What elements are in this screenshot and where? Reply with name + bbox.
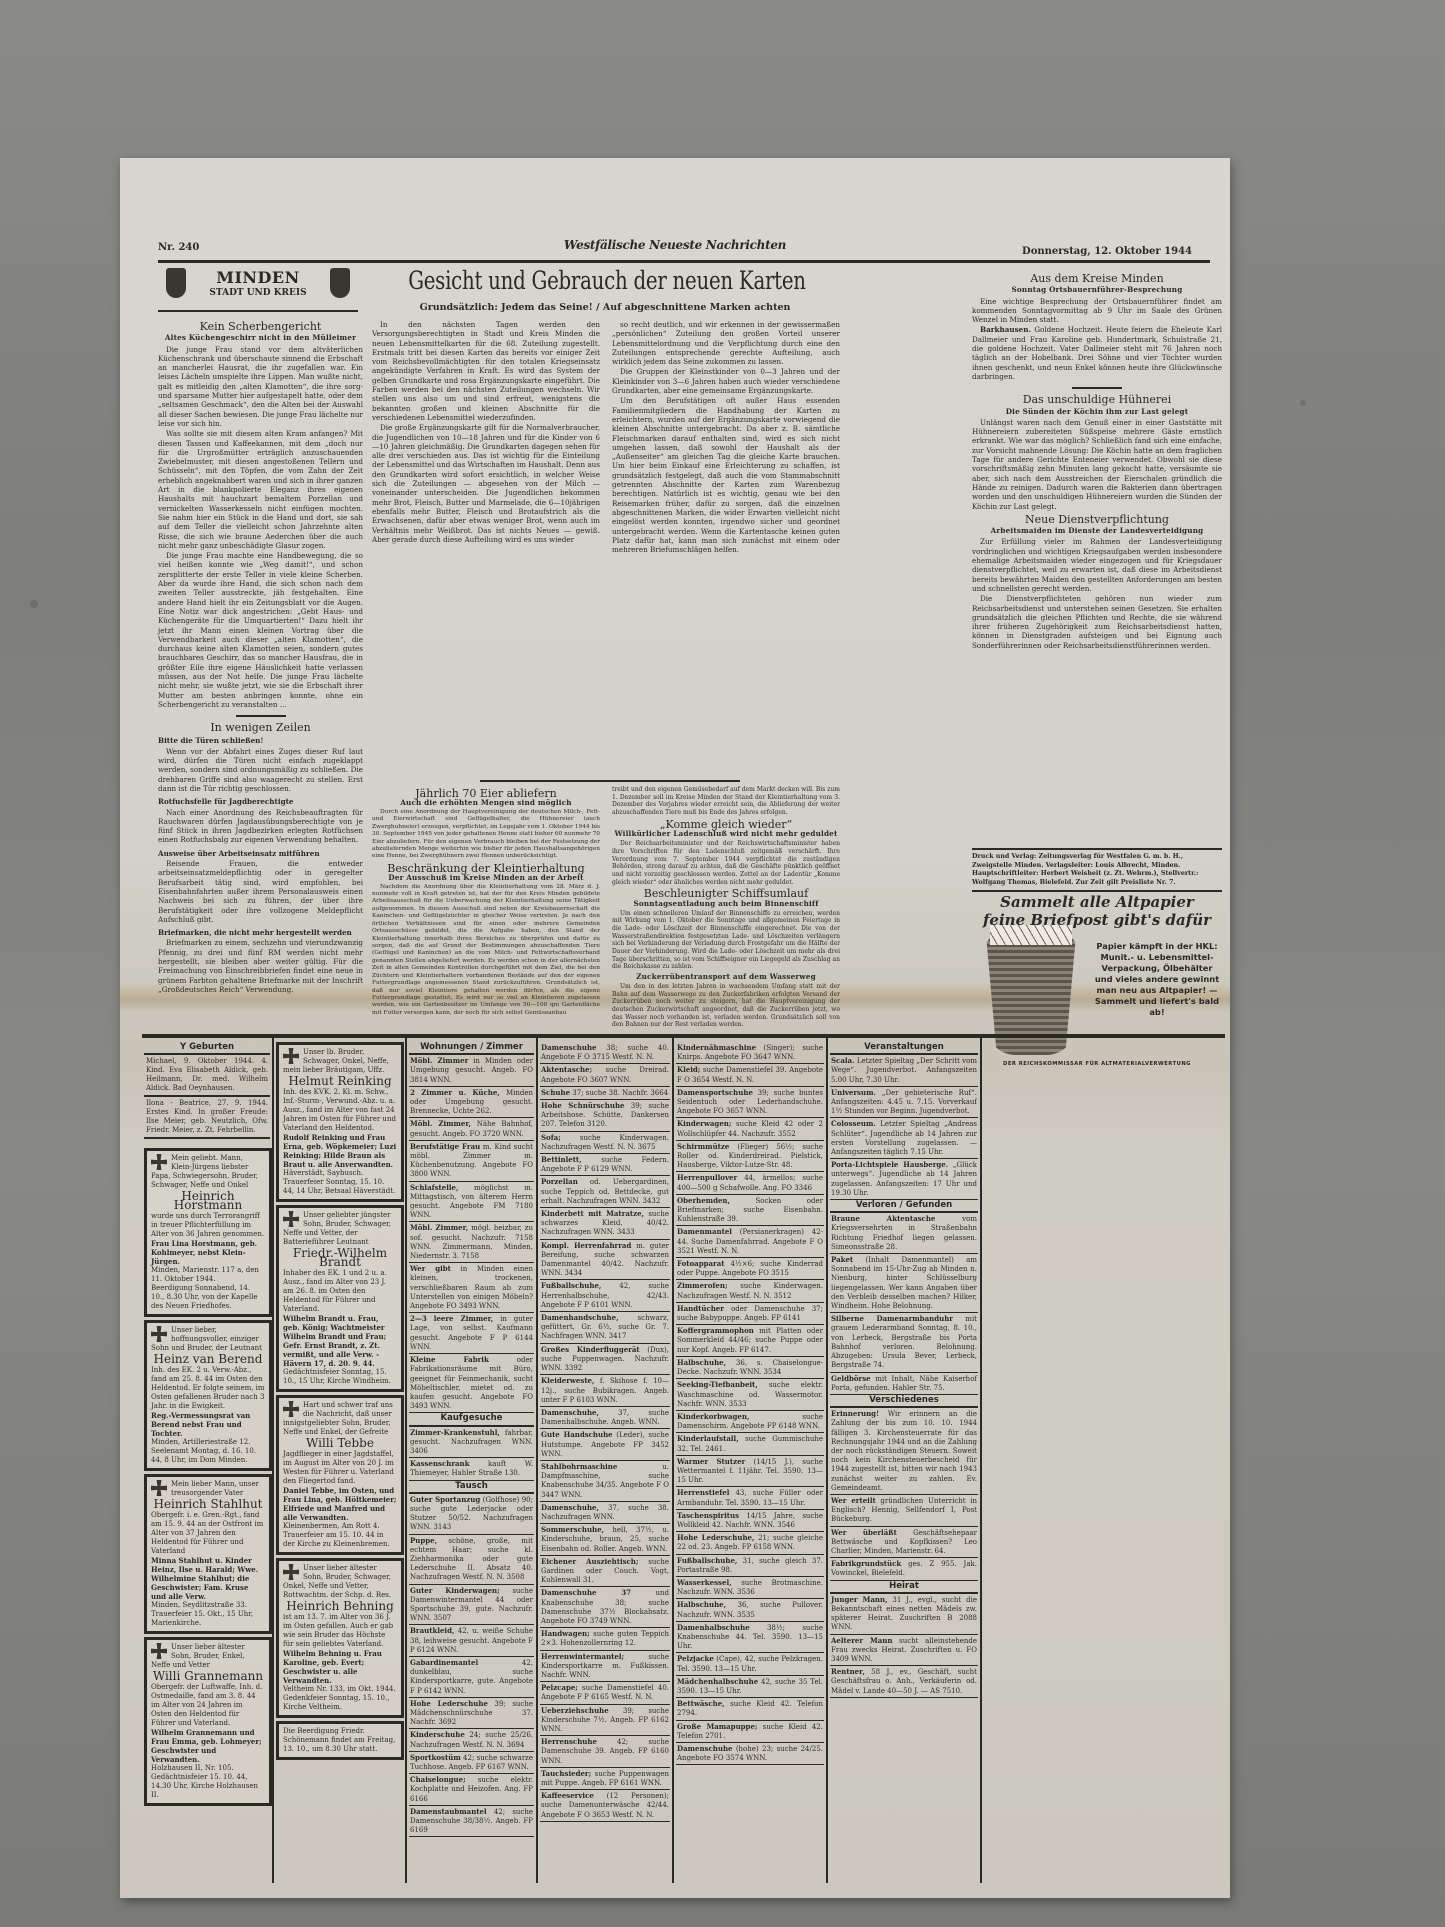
classified-ad: Gabardinemantel 42, dunkelblau, suche Ki… — [409, 1657, 534, 1698]
news-kicker: Sonntag Ortsbauernführer-Besprechung — [972, 285, 1222, 294]
issue-date: Donnerstag, 12. Oktober 1944 — [1022, 246, 1192, 257]
classified-ad: Sofa; suche Kinderwagen. Nachzufragen We… — [540, 1132, 670, 1154]
imprint: Druck und Verlag: Zeitungsverlag für Wes… — [972, 848, 1222, 892]
ad-lead: Damenschuhe 37 — [541, 1588, 631, 1597]
ad-lead: Ueberziehschuhe — [541, 1706, 609, 1715]
district-column: Aus dem Kreise Minden Sonntag Ortsbauern… — [972, 270, 1222, 651]
classified-ad: Brautkleid, 42, u. weiße Schuhe 38, leih… — [409, 1625, 534, 1657]
classified-ad: Damenstaubmantel 42; suche Damenschuhe 3… — [409, 1806, 534, 1838]
obituary-family: Minna Stahlhut u. Kinder Heinz, Ilse u. … — [151, 1556, 265, 1601]
classified-ad: Damenschuhe 38; suche 40. Angebote F O 3… — [540, 1042, 670, 1064]
classified-ad: Herrenpullover 44, ärmellos; suche 400—5… — [676, 1172, 824, 1194]
ad-lead: Herrenpullover — [677, 1173, 737, 1182]
column-rule — [672, 1038, 674, 1883]
column-rule — [980, 1038, 982, 1883]
classified-ad: Damenhalbschuhe 38½; suche Knabenschuhe … — [676, 1622, 824, 1654]
classified-ad: Aelterer Mann sucht alleinstehende Frau … — [830, 1635, 978, 1667]
ad-lead: Damenschuhe, — [541, 1408, 599, 1417]
ad-lead: Herrenschuhe — [541, 1737, 597, 1746]
obituary: Mein lieber Mann, unser treusorgender Va… — [144, 1474, 272, 1634]
article-paragraph: Zur Erfüllung vieler im Rahmen der Lande… — [972, 537, 1222, 593]
article-subhead: Die Sünden der Köchin ihm zur Last geleg… — [972, 407, 1222, 416]
lead-article-col2: so recht deutlich, und wir erkennen in d… — [612, 320, 840, 555]
article-headline: Das unschuldige Hühnerei — [972, 395, 1222, 404]
obituary-intro: Unser lb. Bruder, Schwager, Onkel, Neffe… — [283, 1048, 397, 1075]
obituary-text: ist am 13. 7. im Alter von 36 J. im Oste… — [283, 1613, 397, 1649]
news-text: Eine wichtige Besprechung der Ortsbauern… — [972, 297, 1222, 325]
classified-ad: Zimmerofen; suche Kinderwagen. Nachzufra… — [676, 1280, 824, 1302]
ad-lead: Damensportschuhe — [677, 1088, 753, 1097]
obituary-intro: Unser lieber ältester Sohn, Bruder, Enke… — [151, 1643, 265, 1670]
classified-ad: Damenschuhe, 37, suche Damenhalbschuhe. … — [540, 1407, 670, 1429]
article-headline: Aus dem Kreise Minden — [972, 274, 1222, 283]
eggs-livestock-column: Jährlich 70 Eier abliefern Auch die erhö… — [372, 786, 600, 1018]
classified-ad: Herrenstiefel 43, suche Füller oder Armb… — [676, 1487, 824, 1509]
obituary-family: Daniel Tebbe, im Osten, und Frau Lina, g… — [283, 1486, 397, 1522]
classified-ad: Kleid; suche Damenstiefel 39. Angebote F… — [676, 1064, 824, 1086]
news-text: Briefmarken zu einem, sechzehn und vieru… — [158, 938, 363, 994]
section-header: Verloren / Gefunden — [830, 1200, 978, 1213]
ad-lead: Damenhalbschuhe — [677, 1623, 750, 1632]
ad-lead: Fotoapparat — [677, 1259, 724, 1268]
ad-lead: Großes Kinderfluggerät — [541, 1345, 640, 1354]
classified-ad: Porta-Lichtspiele Hausberge. „Glück unte… — [830, 1159, 978, 1200]
classified-ad: Kinderwagen; suche Kleid 42 oder 2 Wolls… — [676, 1118, 824, 1140]
ad-lead: Porzellan — [541, 1177, 578, 1186]
ad-lead: Kleid; — [677, 1065, 700, 1074]
article-paragraph: so recht deutlich, und wir erkennen in d… — [612, 320, 840, 366]
ad-lead: Porta-Lichtspiele Hausberge. — [831, 1160, 948, 1169]
obituary-place: Häverstädt, Saybusch. — [283, 1169, 397, 1178]
classified-ad: Damenschuhe 37 und Knabenschuhe 38; such… — [540, 1587, 670, 1628]
classified-ad: Sommerschuhe, hell, 37½, u. Kinderschuhe… — [540, 1524, 670, 1556]
obituary-name: Friedr.-Wilhelm Brandt — [283, 1249, 397, 1267]
coat-of-arms-icon — [330, 268, 350, 298]
obituary-place: Minden, Marienstr. 117 a, den 11. Oktobe… — [151, 1266, 265, 1284]
obituary-name: Willi Grannemann — [151, 1672, 265, 1681]
obituary-ceremony: Trauerfeier Sonntag, 15. 10. 44, 14 Uhr,… — [283, 1178, 397, 1196]
obituary-text: Inh. des EK. 2 u. Verw.-Abz., fand am 25… — [151, 1366, 265, 1411]
ad-lead: Tauchsieder; — [541, 1769, 591, 1778]
ad-lead: Erinnerung! — [831, 1409, 879, 1418]
classified-ad: Schuhe 37; suche 38. Nachfr. 3664 — [540, 1087, 670, 1100]
ad-lead: Damenschuhe — [677, 1744, 732, 1753]
obituary: Unser geliebter jüngster Sohn, Bruder, S… — [276, 1205, 404, 1392]
classified-ad: Großes Kinderfluggerät (Dux), suche Pupp… — [540, 1344, 670, 1376]
classified-ad: Kinderlaufstall, suche Gummischuhe 32. T… — [676, 1433, 824, 1455]
classified-ad: Oberhemden, Socken oder Briefmarken; suc… — [676, 1195, 824, 1227]
classified-ad: Handtücher oder Damenschuhe 37; suche Ba… — [676, 1303, 824, 1325]
ad-lead: Damenschuhe — [541, 1043, 596, 1052]
article-paragraph: Unlängst waren nach dem Genuß einer in e… — [972, 418, 1222, 511]
classified-ad: Guter Kinderwagen; suche Damenwintermant… — [409, 1585, 534, 1626]
classifieds-exchange-2: Damenschuhe 38; suche 40. Angebote F O 3… — [540, 1042, 670, 1822]
background-speck — [1300, 400, 1306, 406]
ad-lead: Schlafstelle, — [410, 1183, 458, 1192]
classified-ad: Porzellan od. Uebergardinen, suche Teppi… — [540, 1176, 670, 1208]
ad-lead: Damenstaubmantel — [410, 1807, 487, 1816]
ad-lead: Braune Aktentasche — [831, 1214, 935, 1223]
ad-lead: Kindernähmaschine — [677, 1043, 756, 1052]
obituary-family: Rudolf Reinking und Frau Erna, geb. Wöpk… — [283, 1133, 397, 1169]
classifieds-exchange-3: Kindernähmaschine (Singer); suche Knirps… — [676, 1042, 824, 1765]
ad-lead: Aelterer Mann — [831, 1636, 892, 1645]
ad-lead: Handwagen; — [541, 1629, 590, 1638]
news-kicker: Briefmarken, die nicht mehr hergestellt … — [158, 928, 363, 937]
obituary: Hart und schwer traf uns die Nachricht, … — [276, 1395, 404, 1555]
article-subhead: Arbeitsmaiden im Dienste der Landesverte… — [972, 526, 1222, 535]
ad-lead: Taschenspiritus — [677, 1511, 739, 1520]
classified-ad: Mädchenhalbschuhe 42, suche 35 Tel. 3590… — [676, 1676, 824, 1698]
obituary-name: Heinrich Behning — [283, 1602, 397, 1611]
ad-lead: Kleiderweste, — [541, 1376, 594, 1385]
ad-lead: Mädchenhalbschuhe — [677, 1677, 758, 1686]
obituaries-left: Mein geliebt. Mann, Klein-Jürgens liebst… — [144, 1148, 272, 1809]
obituary-intro: Unser geliebter jüngster Sohn, Bruder, S… — [283, 1211, 397, 1247]
ad-lead: Guter Kinderwagen; — [410, 1586, 500, 1595]
article-paragraph: Die junge Frau machte eine Handbewegung,… — [158, 551, 363, 709]
classified-ad: Taschenspiritus 14/15 Jahre, suche Wollk… — [676, 1510, 824, 1532]
obituary-text: Inh. des KVK. 2. Kl. m. Schw., Inf.-Stur… — [283, 1088, 397, 1133]
letters-icon — [990, 925, 1072, 945]
classified-ad: Stahlbohrmaschine u. Dampfmaschine, such… — [540, 1461, 670, 1502]
ad-lead: Junger Mann, — [831, 1595, 888, 1604]
obituary-text: wurde uns durch Terrorangriff in treuer … — [151, 1212, 265, 1239]
classified-ad: Bettinlett, suche Federn. Angebote F P 6… — [540, 1154, 670, 1176]
obituary-name: Heinz van Berend — [151, 1355, 265, 1364]
classified-ad: Warmer Stutzer (14/15 J.), suche Wetterm… — [676, 1456, 824, 1488]
classified-ad: Paket (Inhalt Damenmantel) am Sonnabend … — [830, 1254, 978, 1313]
obituary: Unser lieber ältester Sohn, Bruder, Schw… — [276, 1558, 404, 1718]
classified-ad: Hohe Lederschuhe 39; suche Mädchenschnür… — [409, 1698, 534, 1730]
section-rule — [142, 1034, 1225, 1038]
ad-lead: Sportkostüm — [410, 1753, 461, 1762]
ad-lead: Warmer Stutzer — [677, 1457, 745, 1466]
classifieds-events: VeranstaltungenScala. Letzter Spieltag „… — [830, 1042, 978, 1698]
obituary-intro: Mein geliebt. Mann, Klein-Jürgens liebst… — [151, 1154, 265, 1190]
obituary-intro: Mein lieber Mann, unser treusorgender Va… — [151, 1480, 265, 1498]
local-section-banner: MINDEN STADT UND KREIS — [158, 266, 358, 312]
article-paragraph: Was sollte sie mit diesem alten Kram anf… — [158, 429, 363, 550]
ad-lead: Hohe Schnürschuhe — [541, 1101, 625, 1110]
classified-ad: Handwagen; suche guten Teppich 2×3. Hohe… — [540, 1628, 670, 1650]
ad-lead: Kassenschrank — [410, 1459, 470, 1468]
ad-lead: Sommerschuhe, — [541, 1525, 604, 1534]
ad-lead: Damenhandschuhe, — [541, 1313, 619, 1322]
classified-ad: Zimmer-Krankenstuhl, fahrbar, gesucht. N… — [409, 1427, 534, 1459]
obituary-name: Heinrich Stahlhut — [151, 1500, 265, 1509]
ad-lead: Halbschuhe, — [677, 1600, 726, 1609]
ad-lead: Pelzjacke — [677, 1654, 714, 1663]
section-header: Verschiedenes — [830, 1395, 978, 1408]
classified-ad: Kinderschuhe 24; suche 25/26. Nachzufrag… — [409, 1729, 534, 1751]
classified-ad: Damenhandschuhe, schwarz, gefüttert, Gr.… — [540, 1312, 670, 1344]
news-item: Barkhausen. Goldene Hochzeit. Heute feie… — [972, 325, 1222, 381]
ad-lead: Wer erteilt — [831, 1496, 876, 1505]
classified-ad: Fotoapparat 4½×6; suche Kinderrad oder P… — [676, 1258, 824, 1280]
classified-ad: Wasserkessel, suche Brotmaschine. Nachzu… — [676, 1577, 824, 1599]
classified-ad: 2 Zimmer u. Küche, Minden oder Umgebung … — [409, 1087, 534, 1119]
obituary-ceremony: Gedächtnisfeier Sonntag, 15. 10., 15 Uhr… — [283, 1368, 397, 1386]
obituary-family: Wilhelm Grannemann und Frau Emma, geb. L… — [151, 1728, 265, 1764]
section-header: Wohnungen / Zimmer — [409, 1042, 534, 1055]
article-paragraph: treibt und den eigenen Gemüsebedarf auf … — [612, 786, 840, 817]
obituary-text: Obergefr. i. e. Gren.-Rgt., fand am 15. … — [151, 1511, 265, 1556]
local-column: Kein Scherbengericht Altes Küchengeschir… — [158, 318, 363, 995]
obituary-intro: Unser lieber, hoffnungsvoller, einziger … — [151, 1326, 265, 1353]
classified-ad: Herrenschuhe 42; suche Damenschuhe 39. A… — [540, 1736, 670, 1768]
ad-lead: Rentner, — [831, 1667, 865, 1676]
ad-slogan: Sammelt alle Altpapier — [972, 893, 1222, 911]
ad-lead: Hohe Lederschuhe, — [677, 1533, 754, 1542]
obituary-intro: Hart und schwer traf uns die Nachricht, … — [283, 1401, 397, 1437]
classified-ad: Damenschuhe (hohe) 23; suche 24/25. Ange… — [676, 1743, 824, 1765]
ad-lead: Geldbörse — [831, 1374, 871, 1383]
ad-lead: Guter Sportanzug — [410, 1495, 480, 1504]
ad-lead: Fußballschuhe, — [541, 1281, 601, 1290]
article-paragraph: Nachdem die Anordnung über die Kleintier… — [372, 884, 600, 1018]
classified-ad: Halbschuhe, 36, s. Chaiselongue-Decke. N… — [676, 1357, 824, 1379]
classified-ad: Fußballschuhe, 42, suche Herrenhalbschuh… — [540, 1280, 670, 1312]
obituary-family: Frau Lina Horstmann, geb. Kohlmeyer, neb… — [151, 1239, 265, 1266]
ad-lead: Möbl. Zimmer, — [410, 1223, 468, 1232]
classified-ad: Aktentasche; suche Dreirad. Angebote FO … — [540, 1064, 670, 1086]
article-headline: Neue Dienstverpflichtung — [972, 515, 1222, 524]
news-text: Nach einer Anordnung des Reichsbeauftrag… — [158, 808, 363, 845]
ad-lead: Fußballschuhe, — [677, 1556, 737, 1565]
ad-lead: Bettinlett, — [541, 1155, 582, 1164]
ad-lead: Herrenstiefel — [677, 1488, 729, 1497]
classified-ad: Fabrikgrundstück ges. Z 955. Jak. Vowinc… — [830, 1558, 978, 1580]
section-header: Veranstaltungen — [830, 1042, 978, 1055]
article-subhead: Sonntagsentladung auch beim Binnenschiff — [612, 900, 840, 908]
ad-lead: Paket — [831, 1255, 853, 1264]
ad-lead: Stahlbohrmaschine — [541, 1462, 617, 1471]
ad-lead: Kleine Fabrik — [410, 1355, 489, 1364]
obituary-ceremony: Gedenkfeier Sonntag, 15. 10., Kirche Vel… — [283, 1694, 397, 1712]
ad-lead: Halbschuhe, — [677, 1358, 726, 1367]
classified-ad: Tauchsieder; suche Puppenwagen mit Puppe… — [540, 1768, 670, 1790]
lead-headline: Gesicht und Gebrauch der neuen Karten — [400, 266, 814, 295]
classified-ad: Ueberziehschuhe 39; suche Kinderschuhe 7… — [540, 1705, 670, 1737]
ad-lead: Berufstätige Frau — [410, 1142, 480, 1151]
ad-lead: Große Mamapuppe; — [677, 1722, 757, 1731]
ad-lead: Kinderschuhe — [410, 1730, 465, 1739]
ad-lead: Wasserkessel, — [677, 1578, 732, 1587]
section-header: Heirat — [830, 1581, 978, 1594]
classified-ad: Schirmmütze (Flieger) 56½; suche Roller … — [676, 1141, 824, 1173]
ad-lead: Möbl. Zimmer — [410, 1056, 468, 1065]
issue-number: Nr. 240 — [158, 242, 199, 253]
ad-lead: Damenschuhe, — [541, 1503, 599, 1512]
section-header: Y Geburten — [144, 1042, 270, 1055]
article-subhead: Altes Küchengeschirr nicht in den Müllei… — [158, 333, 363, 342]
classified-ad: Hohe Schnürschuhe 39; suche Arbeitshose.… — [540, 1100, 670, 1132]
article-paragraph: Die junge Frau stand vor dem altväterlic… — [158, 345, 363, 429]
birth-notice: Michael, 9. Oktober 1944. 4. Kind. Eva E… — [144, 1055, 270, 1097]
ad-lead: Colosseum. — [831, 1119, 876, 1128]
column-rule — [536, 1038, 538, 1883]
lead-article-col1: In den nächsten Tagen werden den Versorg… — [372, 320, 600, 545]
obituary: Unser lieber, hoffnungsvoller, einziger … — [144, 1320, 272, 1471]
article-paragraph: Um den Berufstätigen oft außer Haus esse… — [612, 396, 840, 554]
classified-ad: Schlafstelle, möglichst m. Mittagstisch,… — [409, 1182, 534, 1223]
ad-lead: Zimmer-Krankenstuhl, — [410, 1428, 500, 1437]
article-paragraph: In den nächsten Tagen werden den Versorg… — [372, 320, 600, 422]
article-headline: Beschleunigter Schiffsumlauf — [612, 890, 840, 898]
ad-body: Papier kämpft in der HKL: Munit.- u. Leb… — [1092, 941, 1222, 1018]
ad-lead: Hohe Lederschuhe — [410, 1699, 488, 1708]
classified-ad: Rentner, 58 J., ev., Geschäft, sucht Ges… — [830, 1666, 978, 1698]
obituary-text: Jagdflieger in einer Jagdstaffel, im Aug… — [283, 1450, 397, 1486]
classified-ad: Kassenschrank kauft W. Thiemeyer, Hahler… — [409, 1458, 534, 1480]
news-kicker: Bitte die Türen schließen! — [158, 736, 363, 745]
classified-ad: Junger Mann, 31 J., evgl., sucht die Bek… — [830, 1594, 978, 1635]
classified-ad: Seeking-Tiefbanbeit, suche elektr. Wasch… — [676, 1379, 824, 1411]
ad-lead: Handtücher — [677, 1304, 724, 1313]
classified-ad: Chaiselongue; suche elektr. Kochplatte u… — [409, 1774, 534, 1806]
classified-ad: Braune Aktentasche vom Kriegsversehrten … — [830, 1213, 978, 1254]
ad-lead: Schirmmütze — [677, 1142, 729, 1151]
ad-lead: Chaiselongue; — [410, 1775, 466, 1784]
ad-lead: Kinderbett mit Matratze, — [541, 1209, 644, 1218]
ad-lead: 2—3 leere Zimmer, — [410, 1314, 493, 1323]
obituary-ceremony: Beerdigung Sonnabend, 14. 10., 8.30 Uhr,… — [151, 1284, 265, 1311]
divider — [1072, 387, 1122, 389]
classified-ad: Pelzcape; suche Damenstiefel 40. Angebot… — [540, 1682, 670, 1704]
classified-ad: Pelzjacke (Cape), 42, suche Pelzkragen. … — [676, 1653, 824, 1675]
section-title: MINDEN — [158, 268, 358, 287]
obituary-place: Veltheim Nr. 133, im Okt. 1944. — [283, 1685, 397, 1694]
obituaries-right: Unser lb. Bruder, Schwager, Onkel, Neffe… — [276, 1042, 404, 1763]
column-rule — [405, 1038, 407, 1883]
classified-ad: Colosseum. Letzter Spieltag „Andreas Sch… — [830, 1118, 978, 1159]
classified-ad: Kinderbett mit Matratze, suche schwarzes… — [540, 1208, 670, 1240]
obituary-family: Reg.-Vermessungsrat van Berend nebst Fra… — [151, 1411, 265, 1438]
obituary: Unser lb. Bruder, Schwager, Onkel, Neffe… — [276, 1042, 404, 1202]
classified-ad: Halbschuhe, 36, suche Pullover. Nachzufr… — [676, 1599, 824, 1621]
ad-lead: Schuhe — [541, 1088, 570, 1097]
classified-ad: Kindernähmaschine (Singer); suche Knirps… — [676, 1042, 824, 1064]
ad-lead: 2 Zimmer u. Küche, — [410, 1088, 500, 1097]
obituary-place: Minden, Artilleriestraße 12. — [151, 1438, 265, 1447]
article-paragraph: Die große Ergänzungskarte gilt für die N… — [372, 423, 600, 544]
ad-footer: DER REICHSKOMMISSAR FÜR ALTMATERIALVERWE… — [972, 1061, 1222, 1067]
classified-ad: Geldbörse mit Inhalt, Nähe Kaiserhof Por… — [830, 1373, 978, 1395]
column-rule — [272, 1038, 274, 1883]
classified-ad: Herrenwintermantel; suche Kindersportkar… — [540, 1651, 670, 1683]
classified-ad: Kinderkorbwagen, suche Damenschirm. Ange… — [676, 1411, 824, 1433]
classified-ad: Universum. „Der gebieterische Ruf“. Anfa… — [830, 1087, 978, 1119]
ad-lead: Kinderkorbwagen, — [677, 1412, 749, 1421]
classified-ad: Bettwäsche, suche Kleid 42. Telefon 2794… — [676, 1698, 824, 1720]
classified-ad: Wer überläßt Geschäftsehepaar Bettwäsche… — [830, 1527, 978, 1559]
divider — [236, 715, 286, 717]
ad-lead: Wer überläßt — [831, 1528, 897, 1537]
ad-lead: Pelzcape; — [541, 1683, 578, 1692]
classified-ad: Kompl. Herrenfahrrad m. guter Bereifung,… — [540, 1240, 670, 1281]
news-text: Reisende Frauen, die entweder arbeitsein… — [158, 859, 363, 924]
article-headline: Jährlich 70 Eier abliefern — [372, 790, 600, 797]
classified-ad: Kaffeeservice (12 Personen); suche Damen… — [540, 1790, 670, 1822]
classified-ad: Wer erteilt gründlichen Unterricht in En… — [830, 1495, 978, 1527]
section-header: Tausch — [409, 1481, 534, 1494]
ad-lead: Gabardinemantel — [410, 1658, 478, 1667]
classified-ad: Damensportschuhe 39; suche buntes Seiden… — [676, 1087, 824, 1119]
news-kicker: Rotfuchsfelle für Jagdberechtigte — [158, 797, 363, 806]
article-headline: „Komme gleich wieder“ — [612, 821, 840, 829]
ad-lead: Scala. — [831, 1056, 855, 1065]
obituary-family: Wilhelm Brandt u. Frau, geb. König; Wach… — [283, 1314, 397, 1368]
column-rule — [826, 1038, 828, 1883]
classified-ad: Große Mamapuppe; suche Kleid 42. Telefon… — [676, 1721, 824, 1743]
lead-subhead: Grundsätzlich: Jedem das Seine! / Auf ab… — [370, 302, 840, 313]
waste-paper-advertisement: Sammelt alle Altpapier feine Briefpost g… — [972, 893, 1222, 1013]
ad-lead: Universum. — [831, 1088, 876, 1097]
background-speck — [30, 600, 38, 608]
ad-lead: Kaffeeservice — [541, 1791, 594, 1800]
ad-lead: Seeking-Tiefbanbeit, — [677, 1380, 758, 1389]
article-paragraph: Um den in den letzten Jahren in wachsend… — [612, 983, 840, 1029]
ad-lead: Möbl. Zimmer, — [410, 1119, 471, 1128]
obituary-name: Willi Tebbe — [283, 1439, 397, 1448]
ad-lead: Zimmerofen; — [677, 1281, 728, 1290]
classified-ad: Erinnerung! Wir erinnern an die Zahlung … — [830, 1408, 978, 1495]
header-row: Nr. 240 Westfälische Neueste Nachrichten… — [158, 238, 1192, 260]
article-paragraph: Die Gruppen der Kleinstkinder von 0—3 Ja… — [612, 367, 840, 395]
ad-lead: Eichener Ausziehtisch; — [541, 1557, 638, 1566]
ad-lead: Aktentasche; — [541, 1065, 592, 1074]
article-subhead: Willkürlicher Ladenschluß wird nicht meh… — [612, 830, 840, 838]
classified-ad: Eichener Ausziehtisch; suche Gardinen od… — [540, 1556, 670, 1588]
obituary-family: Wilhelm Behning u. Frau Karoline, geb. E… — [283, 1649, 397, 1685]
obituary-ceremony: Gedächtnisfeier 15. 10. 44, 14.30 Uhr, K… — [151, 1773, 265, 1800]
classified-ad: Fußballschuhe, 31, suche gleich 37. Port… — [676, 1555, 824, 1577]
classified-ad: Wer gibt in Minden einen kleinen, trocke… — [409, 1263, 534, 1313]
news-kicker: Zuckerrübentransport auf dem Wasserweg — [612, 973, 840, 981]
classified-ad: Sportkostüm 42; suche schwarze Tuchhose.… — [409, 1752, 534, 1774]
ad-lead: Koffergrammophon — [677, 1326, 754, 1335]
section-header: Kaufgesuche — [409, 1413, 534, 1426]
ad-lead: Damenmantel — [677, 1227, 732, 1236]
obituary-ceremony: Trauerfeier am 15. 10. 44 in der Kirche … — [283, 1531, 397, 1549]
classified-ad: Damenmantel (Persianerkragen) 42-44. Suc… — [676, 1226, 824, 1258]
article-headline: Kein Scherbengericht — [158, 322, 363, 331]
obituary-name: Heinrich Horstmann — [151, 1192, 265, 1210]
news-text: Goldene Hochzeit. Heute feiern die Ehele… — [972, 325, 1222, 380]
classified-ad: Möbl. Zimmer, Nähe Bahnhof, gesucht. Ang… — [409, 1118, 534, 1140]
ad-lead: Kinderwagen; — [677, 1119, 731, 1128]
article-subhead: Auch die erhöhten Mengen sind möglich — [372, 799, 600, 806]
classified-ad: 2—3 leere Zimmer, in guter Lage, von sel… — [409, 1313, 534, 1354]
ad-lead: Puppe, — [410, 1536, 437, 1545]
news-text: Wenn vor der Abfahrt eines Zuges dieser … — [158, 747, 363, 793]
classified-ad: Berufstätige Frau m. Kind sucht möbl. Zi… — [409, 1141, 534, 1182]
ad-lead: Oberhemden, — [677, 1196, 730, 1205]
classified-ad: Guter Sportanzug (Golfhose) 90; suche gu… — [409, 1494, 534, 1535]
obituary-ceremony: Trauerfeier 15. Okt., 15 Uhr, Marienkirc… — [151, 1610, 265, 1628]
ad-lead: Sofa; — [541, 1133, 561, 1142]
obituary-place: Minden, Seydlitzstraße 33. — [151, 1601, 265, 1610]
birth-notice: Ilona - Beatrice, 27. 9. 1944. Erstes Ki… — [144, 1097, 270, 1139]
classified-ad: Möbl. Zimmer, mögl. heizbar, zu sof. ges… — [409, 1222, 534, 1263]
shop-ship-column: treibt und den eigenen Gemüsebedarf auf … — [612, 786, 840, 1030]
obituary-ceremony: Seelenamt Montag, d. 16. 10. 44, 8 Uhr, … — [151, 1447, 265, 1465]
article-headline: Beschränkung der Kleintierhaltung — [372, 865, 600, 872]
ad-lead: Kinderlaufstall, — [677, 1434, 739, 1443]
classified-ad: Möbl. Zimmer in Minden oder Umgebung ges… — [409, 1055, 534, 1087]
funeral-notice: Die Beerdigung Friedr. Schönemann findet… — [276, 1721, 404, 1760]
